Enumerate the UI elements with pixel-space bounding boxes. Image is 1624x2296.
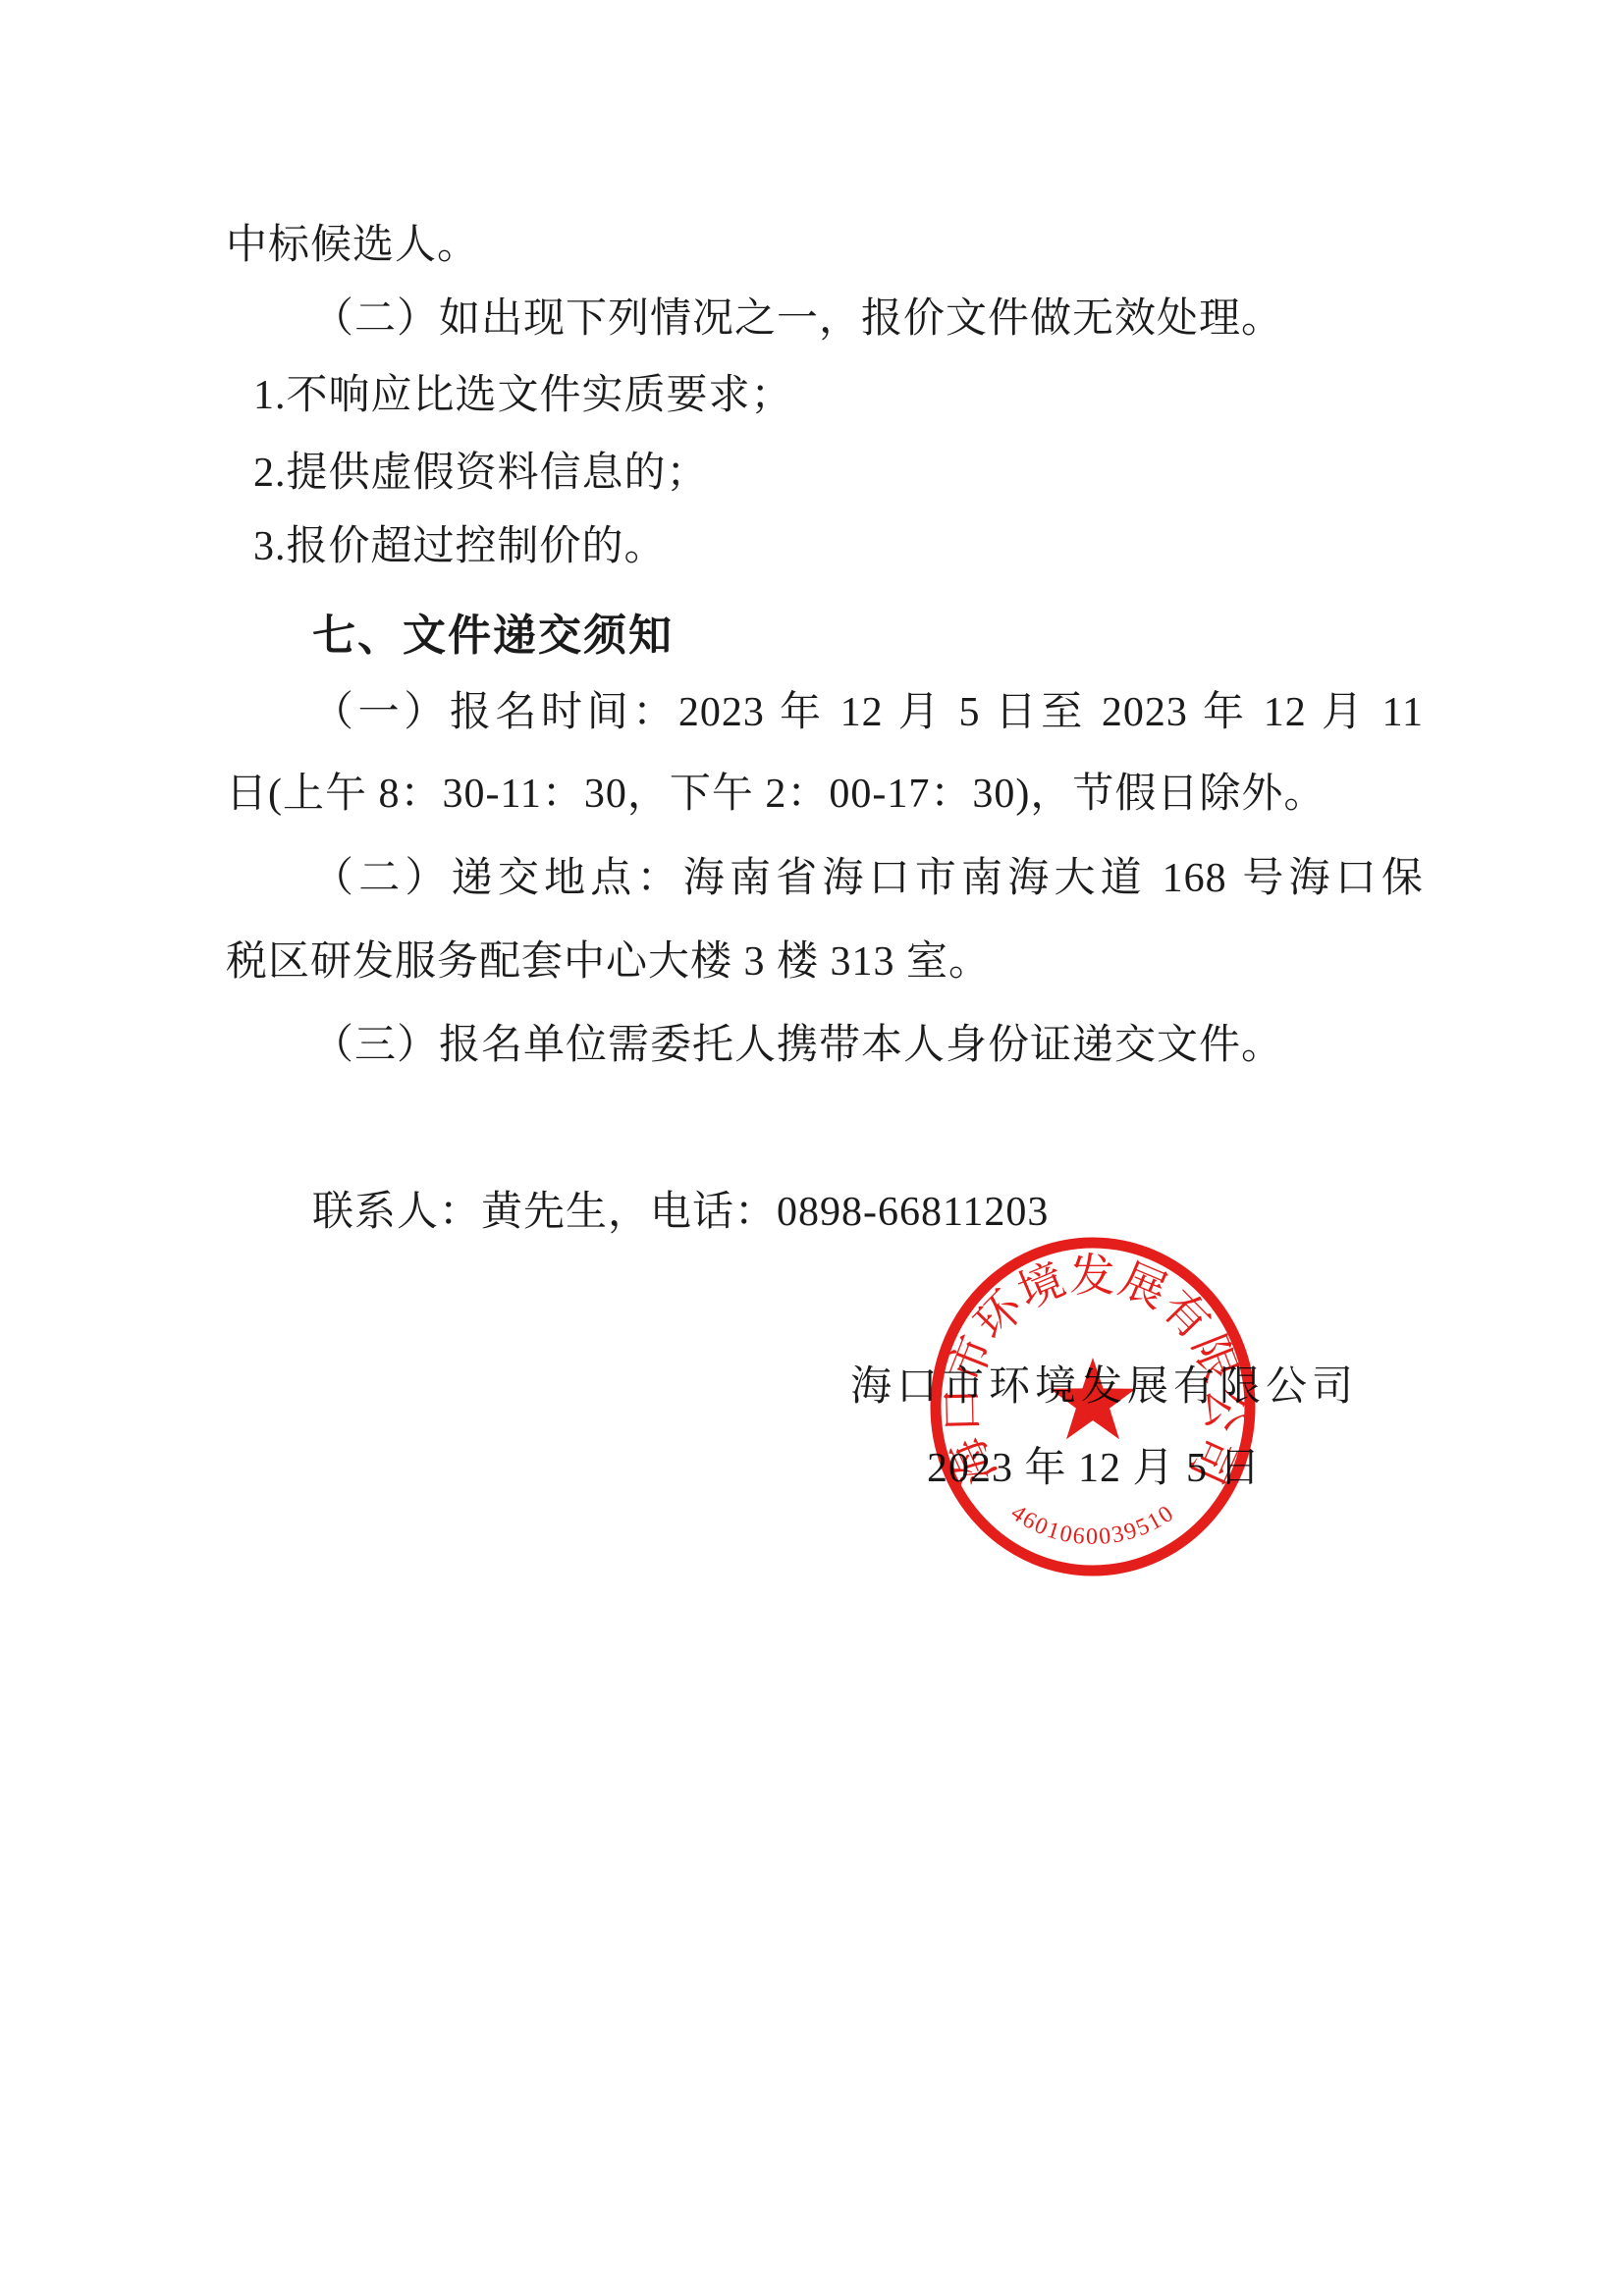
doc-line-signup-time: （一）报名时间：2023 年 12 月 5 日至 2023 年 12 月 11 [226,687,1424,739]
doc-line-item-3: 3.报价超过控制价的。 [226,521,1424,573]
seal-star-icon [1050,1358,1135,1439]
doc-line-item-2: 2.提供虚假资料信息的； [226,448,1424,500]
doc-line-address: （二）递交地点：海南省海口市南海大道 168 号海口保 [226,853,1424,905]
doc-line-invalid-cases: （二）如出现下列情况之一，报价文件做无效处理。 [226,294,1424,346]
doc-line-address-cont: 税区研发服务配套中心大楼 3 楼 313 室。 [226,936,1424,988]
seal-serial: 4601060039510 [1006,1500,1180,1550]
doc-line-signup-time-cont: 日(上午 8：30-11：30，下午 2：00-17：30)，节假日除外。 [226,769,1424,821]
document-page: 中标候选人。 （二）如出现下列情况之一，报价文件做无效处理。 1.不响应比选文件… [0,0,1624,2296]
doc-line-candidate: 中标候选人。 [226,220,1424,272]
svg-text:4601060039510: 4601060039510 [1006,1500,1180,1550]
section-heading: 七、文件递交须知 [226,609,1424,663]
contact-line: 联系人：黄先生，电话：0898-66811203 [226,1187,1424,1239]
doc-line-item-1: 1.不响应比选文件实质要求； [226,370,1424,422]
doc-line-id-requirement: （三）报名单位需委托人携带本人身份证递交文件。 [226,1020,1424,1072]
official-seal: 海口市环境发展有限公司 4601060039510 [930,1236,1258,1577]
